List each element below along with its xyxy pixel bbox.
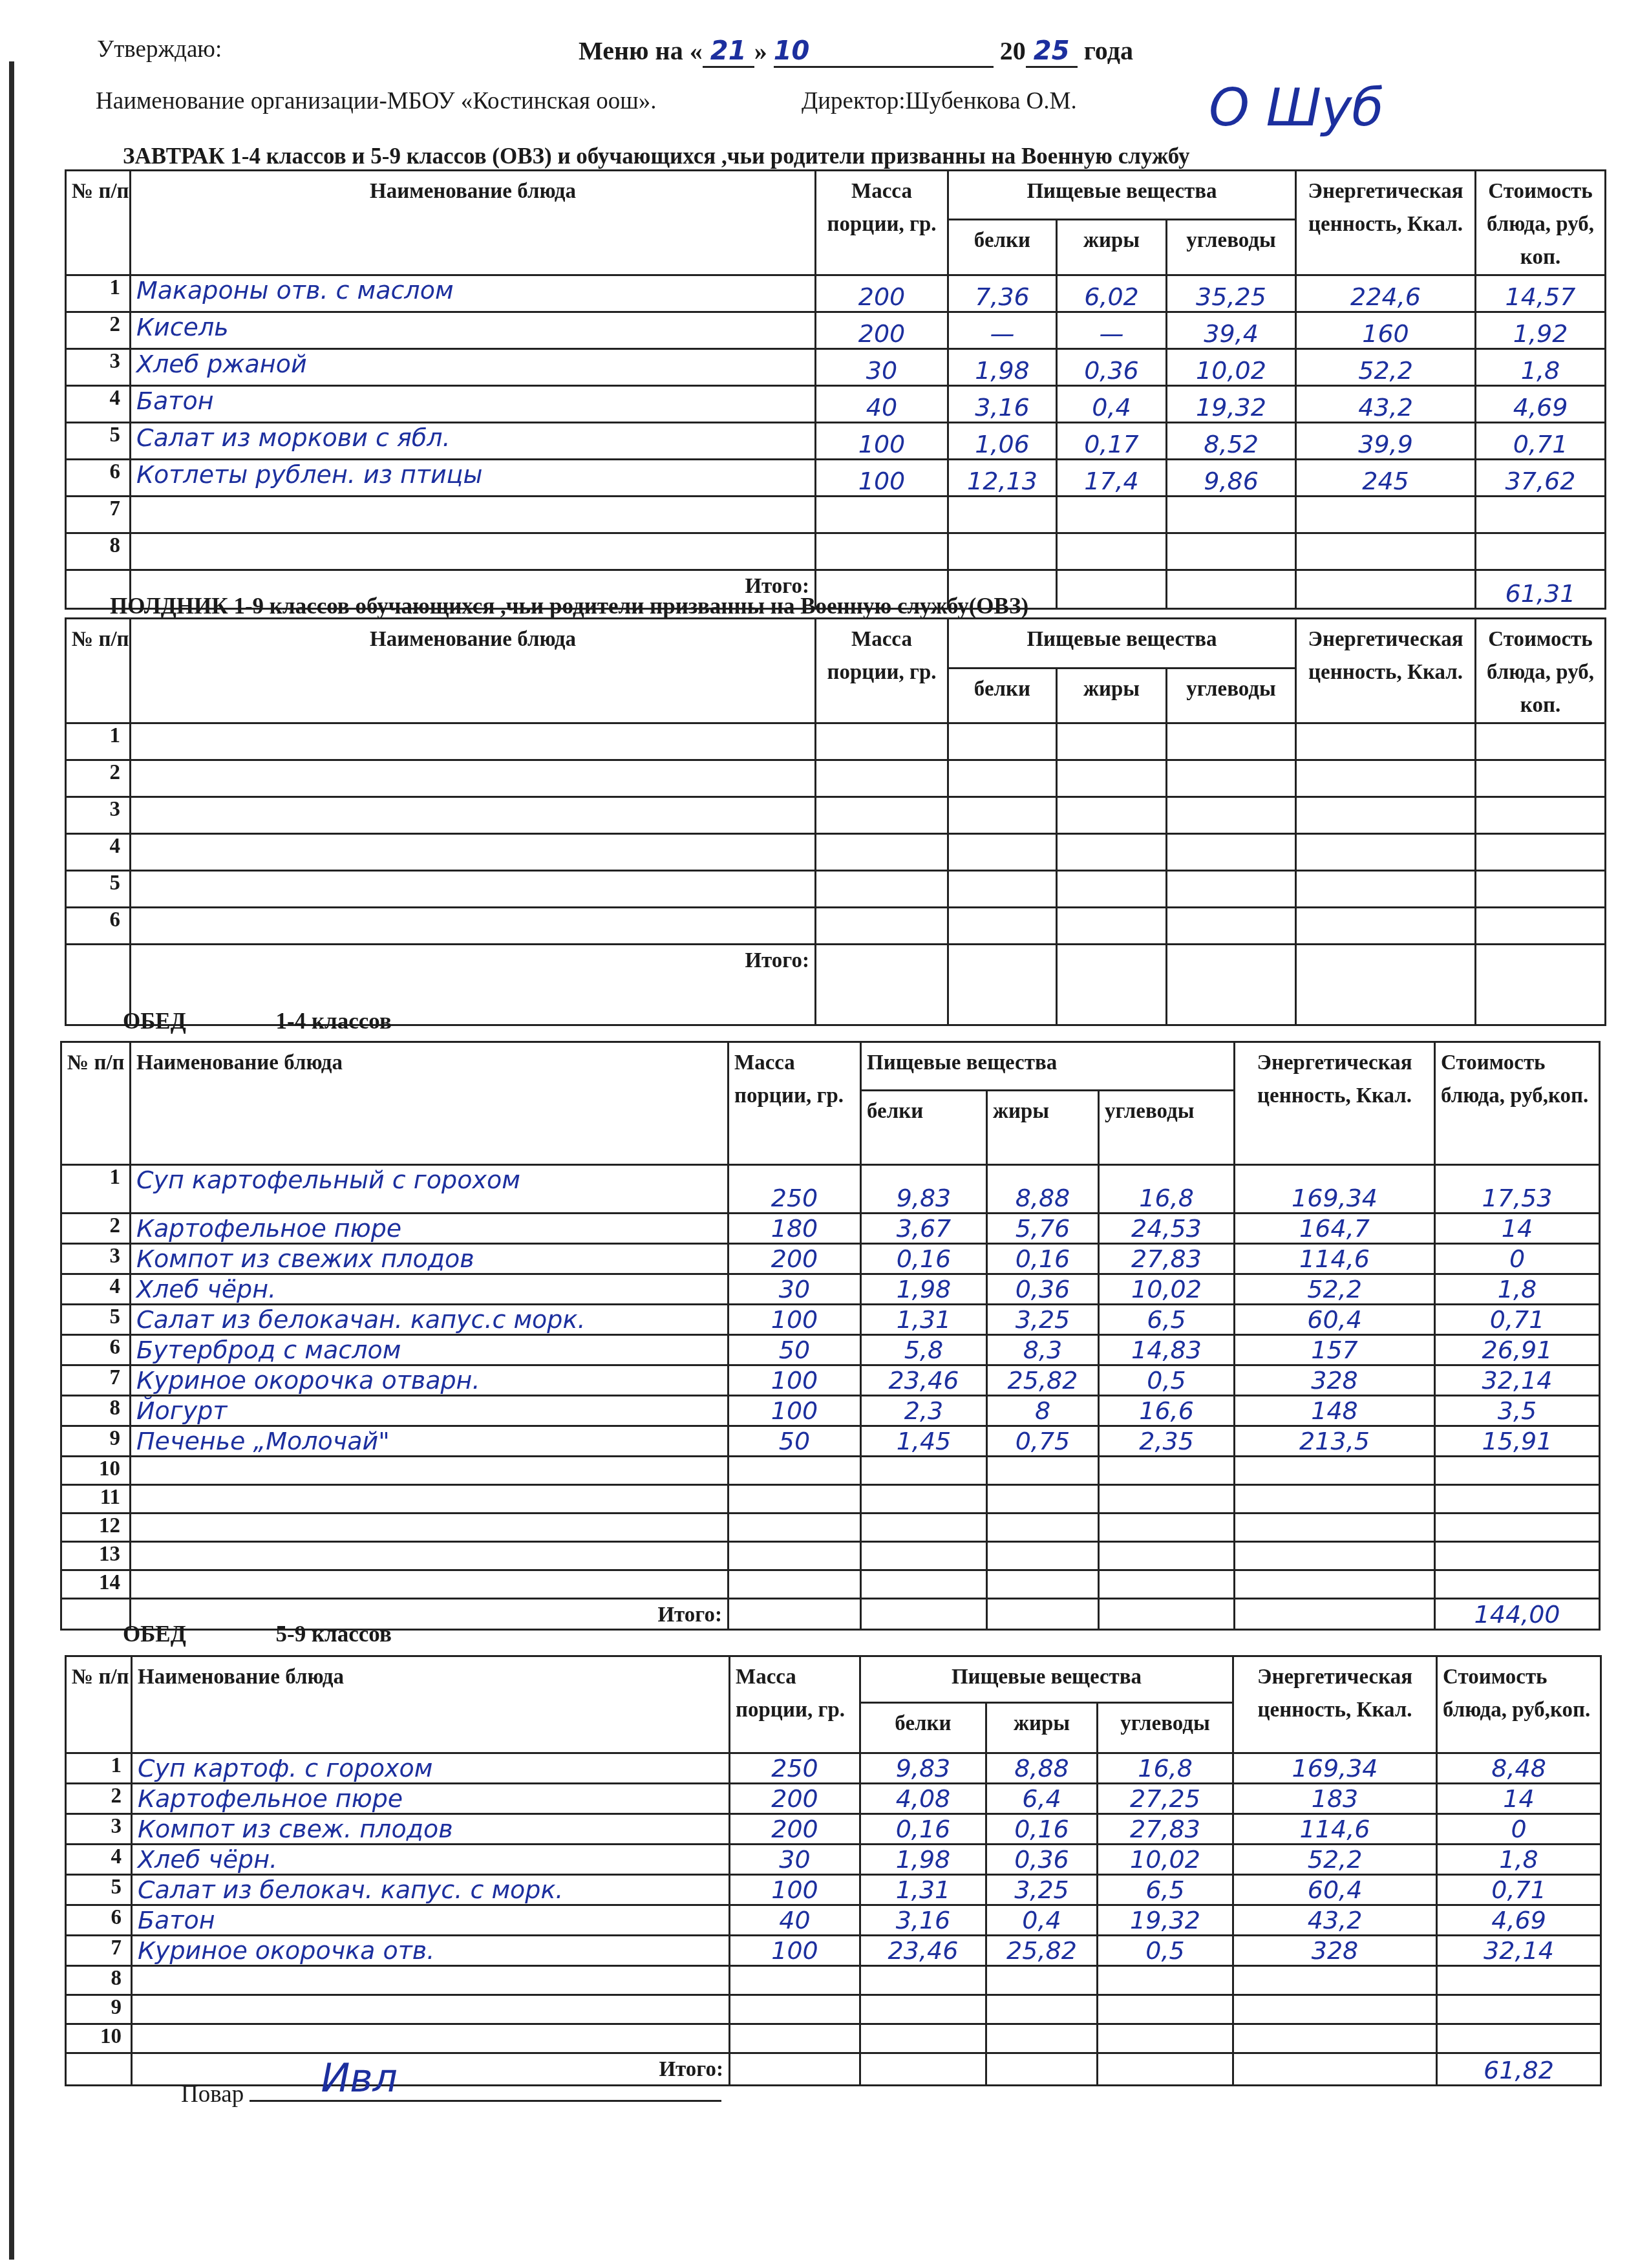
dish-carbs — [1167, 834, 1296, 871]
dish-fat — [1057, 871, 1167, 908]
dish-name: Хлеб ржаной — [131, 349, 816, 386]
lunch-1-4-title-word: ОБЕД — [123, 1009, 186, 1034]
lunch-5-9-table: № п/п Наименование блюда Масса порции, г… — [65, 1655, 1602, 2086]
year-word: года — [1084, 36, 1133, 65]
table-row: 2Картофельное пюре2004,086,427,2518314 — [66, 1784, 1601, 1814]
lunch-5-9-title-classes: 5-9 классов — [276, 1621, 392, 1647]
breakfast-title: ЗАВТРАК 1-4 классов и 5-9 классов (ОВЗ) … — [123, 144, 1190, 169]
dish-fat — [987, 1485, 1099, 1514]
dish-carbs — [1098, 2024, 1233, 2053]
dish-protein — [860, 2024, 986, 2053]
dish-protein: 4,08 — [860, 1784, 986, 1814]
dish-protein — [948, 834, 1057, 871]
col-fat: жиры — [1057, 668, 1167, 723]
dish-mass — [730, 2024, 860, 2053]
row-number: 3 — [66, 349, 131, 386]
col-nutrients: Пищевые вещества — [948, 171, 1296, 220]
row-number: 1 — [66, 1753, 132, 1784]
table-row: 1 — [66, 723, 1606, 760]
dish-fat: 8,88 — [987, 1165, 1099, 1214]
dish-fat: 5,76 — [987, 1214, 1099, 1244]
col-name: Наименование блюда — [131, 619, 816, 723]
dish-energy — [1235, 1542, 1435, 1570]
dish-protein — [948, 871, 1057, 908]
dish-protein: 1,31 — [861, 1305, 987, 1335]
row-number: 2 — [66, 760, 131, 797]
col-carbs: углеводы — [1098, 1703, 1233, 1753]
dish-protein — [948, 908, 1057, 945]
director-signature: О Шуб — [1209, 78, 1384, 138]
row-number: 10 — [61, 1457, 131, 1485]
dish-cost — [1435, 1485, 1600, 1514]
row-number: 14 — [61, 1570, 131, 1599]
lunch-1-4-title-classes: 1-4 классов — [276, 1009, 392, 1034]
dish-mass: 40 — [730, 1905, 860, 1936]
table-row: 2Картофельное пюре1803,675,7624,53164,71… — [61, 1214, 1600, 1244]
col-mass: Масса порции, гр. — [729, 1042, 861, 1165]
dish-protein: 2,3 — [861, 1396, 987, 1426]
dish-mass — [816, 834, 948, 871]
dish-mass — [729, 1542, 861, 1570]
table-row: 1Суп картофельный с горохом2509,838,8816… — [61, 1165, 1600, 1214]
dish-fat — [1057, 760, 1167, 797]
dish-carbs: 16,8 — [1099, 1165, 1235, 1214]
dish-fat: — — [1057, 312, 1167, 349]
table-row: 13 — [61, 1542, 1600, 1570]
dish-fat — [1057, 834, 1167, 871]
dish-cost: 4,69 — [1437, 1905, 1601, 1936]
menu-month: 10 — [774, 36, 994, 68]
menu-prefix: Меню на — [579, 36, 683, 65]
dish-energy — [1296, 533, 1476, 570]
dish-name: Куриное окорочка отв. — [132, 1936, 730, 1966]
dish-carbs: 35,25 — [1167, 275, 1296, 312]
dish-protein — [860, 1966, 986, 1995]
dish-protein: 23,46 — [861, 1365, 987, 1396]
dish-cost: 3,5 — [1435, 1396, 1600, 1426]
dish-fat — [986, 1966, 1098, 1995]
dish-protein — [948, 533, 1057, 570]
col-fat: жиры — [987, 1091, 1099, 1165]
year-prefix: 20 — [1000, 36, 1026, 65]
col-fat: жиры — [986, 1703, 1098, 1753]
dish-cost: 4,69 — [1476, 386, 1606, 423]
dish-mass: 40 — [816, 386, 948, 423]
table-row: 2Кисель200——39,41601,92 — [66, 312, 1606, 349]
table-row: 5Салат из белокачан. капус.с морк.1001,3… — [61, 1305, 1600, 1335]
dish-cost — [1476, 797, 1606, 834]
dish-carbs: 27,25 — [1098, 1784, 1233, 1814]
dish-protein: 23,46 — [860, 1936, 986, 1966]
dish-name: Котлеты рублен. из птицы — [131, 460, 816, 497]
dish-cost: 1,8 — [1437, 1845, 1601, 1875]
table-row: 10 — [61, 1457, 1600, 1485]
dish-cost — [1476, 723, 1606, 760]
dish-cost: 32,14 — [1435, 1365, 1600, 1396]
col-nutrients: Пищевые вещества — [861, 1042, 1235, 1091]
dish-carbs — [1099, 1514, 1235, 1542]
dish-fat: 8 — [987, 1396, 1099, 1426]
dish-energy: 157 — [1235, 1335, 1435, 1365]
table-row: 9Печенье „Молочай"501,450,752,35213,515,… — [61, 1426, 1600, 1457]
row-number: 5 — [66, 1875, 132, 1905]
dish-protein — [948, 497, 1057, 533]
dish-name — [132, 1995, 730, 2024]
dish-carbs: 27,83 — [1099, 1244, 1235, 1274]
cook-signature-line: Ивл — [250, 2075, 721, 2102]
dish-name — [131, 723, 816, 760]
dish-cost: 14 — [1435, 1214, 1600, 1244]
dish-carbs — [1098, 1966, 1233, 1995]
dish-energy: 328 — [1233, 1936, 1437, 1966]
dish-mass — [816, 533, 948, 570]
dish-mass: 30 — [816, 349, 948, 386]
dish-mass — [816, 871, 948, 908]
row-number: 5 — [66, 871, 131, 908]
dish-cost — [1476, 497, 1606, 533]
dish-mass: 100 — [729, 1305, 861, 1335]
dish-name — [132, 2024, 730, 2053]
dish-mass — [729, 1514, 861, 1542]
lunch-5-9-title-word: ОБЕД — [123, 1621, 186, 1647]
lunch-1-4-table: № п/п Наименование блюда Масса порции, г… — [60, 1041, 1601, 1631]
table-row: 1Суп картоф. с горохом2509,838,8816,8169… — [66, 1753, 1601, 1784]
dish-fat: 17,4 — [1057, 460, 1167, 497]
dish-name — [131, 908, 816, 945]
dish-fat — [1057, 533, 1167, 570]
table-row: 6Батон403,160,419,3243,24,69 — [66, 1905, 1601, 1936]
col-mass: Масса порции, гр. — [816, 171, 948, 275]
dish-energy — [1235, 1457, 1435, 1485]
dish-cost — [1435, 1457, 1600, 1485]
dish-carbs: 16,6 — [1099, 1396, 1235, 1426]
row-number: 3 — [61, 1244, 131, 1274]
table-row: 8 — [66, 1966, 1601, 1995]
dish-protein: 12,13 — [948, 460, 1057, 497]
dish-energy — [1296, 797, 1476, 834]
dish-cost: 0 — [1437, 1814, 1601, 1845]
dish-name: Салат из белокач. капус. с морк. — [132, 1875, 730, 1905]
dish-cost — [1476, 908, 1606, 945]
dish-energy — [1296, 908, 1476, 945]
row-number: 2 — [66, 1784, 132, 1814]
dish-mass: 180 — [729, 1214, 861, 1244]
dish-cost — [1437, 1995, 1601, 2024]
dish-name — [131, 871, 816, 908]
row-number: 4 — [66, 386, 131, 423]
dish-name: Компот из свежих плодов — [131, 1244, 729, 1274]
dish-cost — [1437, 2024, 1601, 2053]
table-row: 6 — [66, 908, 1606, 945]
menu-day: 21 — [703, 36, 754, 68]
dish-energy: 52,2 — [1233, 1845, 1437, 1875]
dish-carbs: 24,53 — [1099, 1214, 1235, 1244]
dish-carbs — [1099, 1457, 1235, 1485]
table-row: 14 — [61, 1570, 1600, 1599]
cook-label: Повар Ивл — [181, 2075, 721, 2108]
row-number: 1 — [61, 1165, 131, 1214]
dish-cost: 14 — [1437, 1784, 1601, 1814]
dish-carbs — [1167, 533, 1296, 570]
dish-mass: 30 — [729, 1274, 861, 1305]
dish-name — [131, 1542, 729, 1570]
dish-protein: 7,36 — [948, 275, 1057, 312]
dish-name: Картофельное пюре — [131, 1214, 729, 1244]
dish-energy: 160 — [1296, 312, 1476, 349]
dish-fat: 6,4 — [986, 1784, 1098, 1814]
row-number: 6 — [66, 908, 131, 945]
organization-name: Наименование организации-МБОУ «Костинска… — [96, 87, 656, 115]
row-number: 1 — [66, 275, 131, 312]
row-number: 7 — [66, 1936, 132, 1966]
dish-name: Печенье „Молочай" — [131, 1426, 729, 1457]
dish-cost: 0 — [1435, 1244, 1600, 1274]
dish-mass — [816, 760, 948, 797]
dish-protein: 3,16 — [948, 386, 1057, 423]
row-number: 6 — [66, 1905, 132, 1936]
row-number: 8 — [61, 1396, 131, 1426]
table-row: 4Батон403,160,419,3243,24,69 — [66, 386, 1606, 423]
dish-energy — [1233, 2024, 1437, 2053]
dish-energy — [1296, 760, 1476, 797]
dish-protein — [948, 797, 1057, 834]
dish-energy: 169,34 — [1233, 1753, 1437, 1784]
col-name: Наименование блюда — [132, 1656, 730, 1753]
row-number: 1 — [66, 723, 131, 760]
col-protein: белки — [948, 668, 1057, 723]
dish-carbs: 10,02 — [1167, 349, 1296, 386]
dish-mass — [730, 1995, 860, 2024]
dish-energy — [1233, 1966, 1437, 1995]
lunch-5-9-title: ОБЕД 5-9 классов — [123, 1621, 392, 1647]
dish-carbs: 9,86 — [1167, 460, 1296, 497]
table-row: 9 — [66, 1995, 1601, 2024]
col-cost: Стоимость блюда, руб,коп. — [1435, 1042, 1600, 1165]
dish-carbs — [1099, 1485, 1235, 1514]
col-mass: Масса порции, гр. — [730, 1656, 860, 1753]
dish-fat — [1057, 497, 1167, 533]
dish-protein — [860, 1995, 986, 2024]
dish-protein: 1,98 — [861, 1274, 987, 1305]
dish-name: Бутерброд с маслом — [131, 1335, 729, 1365]
col-name: Наименование блюда — [131, 171, 816, 275]
director-name: Директор:Шубенкова О.М. — [802, 87, 1077, 115]
row-number: 3 — [66, 797, 131, 834]
table-row: 7Куриное окорочка отв.10023,4625,820,532… — [66, 1936, 1601, 1966]
dish-mass — [729, 1570, 861, 1599]
dish-cost — [1435, 1570, 1600, 1599]
dish-name: Салат из моркови с ябл. — [131, 423, 816, 460]
lunch-1-4-title: ОБЕД 1-4 классов — [123, 1009, 392, 1034]
row-number: 7 — [61, 1365, 131, 1396]
dish-fat: 0,4 — [986, 1905, 1098, 1936]
dish-protein — [861, 1514, 987, 1542]
breakfast-table: № п/п Наименование блюда Масса порции, г… — [65, 169, 1606, 610]
dish-name — [131, 760, 816, 797]
dish-carbs: 19,32 — [1098, 1905, 1233, 1936]
dish-cost — [1435, 1514, 1600, 1542]
col-cost: Стоимость блюда, руб,коп. — [1437, 1656, 1601, 1753]
col-nutrients: Пищевые вещества — [860, 1656, 1233, 1703]
dish-fat: 3,25 — [986, 1875, 1098, 1905]
col-number: № п/п — [66, 1656, 132, 1753]
dish-fat — [987, 1542, 1099, 1570]
dish-mass — [729, 1485, 861, 1514]
dish-name: Куриное окорочка отварн. — [131, 1365, 729, 1396]
dish-mass: 50 — [729, 1426, 861, 1457]
dish-name — [131, 1457, 729, 1485]
dish-fat — [987, 1570, 1099, 1599]
dish-fat: 0,16 — [987, 1244, 1099, 1274]
dish-mass — [816, 797, 948, 834]
dish-energy: 60,4 — [1235, 1305, 1435, 1335]
dish-protein — [861, 1542, 987, 1570]
dish-name: Суп картоф. с горохом — [132, 1753, 730, 1784]
col-number: № п/п — [66, 619, 131, 723]
dish-energy: 43,2 — [1233, 1905, 1437, 1936]
dish-cost — [1476, 533, 1606, 570]
dish-mass: 100 — [729, 1396, 861, 1426]
dish-energy — [1296, 834, 1476, 871]
dish-carbs: 14,83 — [1099, 1335, 1235, 1365]
dish-energy — [1235, 1570, 1435, 1599]
dish-protein: 9,83 — [861, 1165, 987, 1214]
col-mass: Масса порции, гр. — [816, 619, 948, 723]
menu-year: 25 — [1026, 36, 1078, 68]
dish-fat: 3,25 — [987, 1305, 1099, 1335]
row-number: 2 — [66, 312, 131, 349]
total-cost: 61,31 — [1476, 570, 1606, 609]
dish-cost: 15,91 — [1435, 1426, 1600, 1457]
dish-name: Картофельное пюре — [132, 1784, 730, 1814]
dish-cost: 1,92 — [1476, 312, 1606, 349]
dish-name — [131, 1485, 729, 1514]
dish-mass: 100 — [729, 1365, 861, 1396]
scan-edge — [9, 61, 14, 2260]
row-number: 12 — [61, 1514, 131, 1542]
table-row: 5Салат из моркови с ябл.1001,060,178,523… — [66, 423, 1606, 460]
row-number: 5 — [61, 1305, 131, 1335]
dish-energy: 328 — [1235, 1365, 1435, 1396]
row-number: 7 — [66, 497, 131, 533]
dish-cost — [1476, 871, 1606, 908]
dish-mass — [816, 497, 948, 533]
dish-energy: 52,2 — [1296, 349, 1476, 386]
dish-mass: 200 — [730, 1784, 860, 1814]
total-cost: 61,82 — [1437, 2053, 1601, 2086]
dish-cost: 32,14 — [1437, 1936, 1601, 1966]
col-carbs: углеводы — [1167, 668, 1296, 723]
dish-protein: 3,67 — [861, 1214, 987, 1244]
dish-carbs: 6,5 — [1099, 1305, 1235, 1335]
dish-carbs — [1167, 797, 1296, 834]
dish-carbs — [1098, 1995, 1233, 2024]
dish-energy: 164,7 — [1235, 1214, 1435, 1244]
dish-carbs — [1167, 908, 1296, 945]
dish-protein: 1,98 — [860, 1845, 986, 1875]
dish-carbs — [1167, 723, 1296, 760]
dish-fat — [987, 1457, 1099, 1485]
dish-energy: 114,6 — [1233, 1814, 1437, 1845]
dish-name — [131, 1570, 729, 1599]
dish-carbs: 0,5 — [1099, 1365, 1235, 1396]
dish-fat: 25,82 — [987, 1365, 1099, 1396]
dish-energy: 148 — [1235, 1396, 1435, 1426]
dish-name — [131, 533, 816, 570]
col-energy: Энергетическая ценность, Ккал. — [1233, 1656, 1437, 1753]
table-row: 3 — [66, 797, 1606, 834]
dish-cost — [1435, 1542, 1600, 1570]
dish-fat: 0,36 — [1057, 349, 1167, 386]
dish-mass: 200 — [730, 1814, 860, 1845]
dish-fat: 0,75 — [987, 1426, 1099, 1457]
dish-name: Макароны отв. с маслом — [131, 275, 816, 312]
dish-cost: 0,71 — [1476, 423, 1606, 460]
row-number: 13 — [61, 1542, 131, 1570]
dish-fat: 8,3 — [987, 1335, 1099, 1365]
dish-name: Компот из свеж. плодов — [132, 1814, 730, 1845]
dish-energy — [1235, 1514, 1435, 1542]
dish-carbs — [1167, 497, 1296, 533]
table-row: 6Котлеты рублен. из птицы10012,1317,49,8… — [66, 460, 1606, 497]
dish-fat — [986, 1995, 1098, 2024]
row-number: 2 — [61, 1214, 131, 1244]
dish-mass: 100 — [816, 460, 948, 497]
dish-fat: 0,36 — [987, 1274, 1099, 1305]
col-energy: Энергетическая ценность, Ккал. — [1296, 171, 1476, 275]
dish-carbs — [1167, 871, 1296, 908]
table-row: 4Хлеб чёрн.301,980,3610,0252,21,8 — [66, 1845, 1601, 1875]
row-number: 5 — [66, 423, 131, 460]
dish-cost — [1476, 834, 1606, 871]
col-carbs: углеводы — [1167, 219, 1296, 275]
dish-fat — [987, 1514, 1099, 1542]
table-row: 11 — [61, 1485, 1600, 1514]
table-row: 7Куриное окорочка отварн.10023,4625,820,… — [61, 1365, 1600, 1396]
total-cost — [1476, 945, 1606, 1025]
dish-energy: 60,4 — [1233, 1875, 1437, 1905]
table-row: 10 — [66, 2024, 1601, 2053]
dish-mass: 30 — [730, 1845, 860, 1875]
dish-protein: 0,16 — [861, 1244, 987, 1274]
col-number: № п/п — [61, 1042, 131, 1165]
dish-cost: 17,53 — [1435, 1165, 1600, 1214]
row-number: 6 — [61, 1335, 131, 1365]
dish-energy — [1296, 497, 1476, 533]
row-number: 8 — [66, 1966, 132, 1995]
row-number: 4 — [66, 834, 131, 871]
row-number: 4 — [61, 1274, 131, 1305]
dish-energy: 114,6 — [1235, 1244, 1435, 1274]
dish-fat: 25,82 — [986, 1936, 1098, 1966]
table-row: 8Йогурт1002,3816,61483,5 — [61, 1396, 1600, 1426]
snack-table: № п/п Наименование блюда Масса порции, г… — [65, 617, 1606, 1026]
col-protein: белки — [860, 1703, 986, 1753]
dish-cost: 26,91 — [1435, 1335, 1600, 1365]
row-number: 10 — [66, 2024, 132, 2053]
dish-protein — [861, 1485, 987, 1514]
col-name: Наименование блюда — [131, 1042, 729, 1165]
table-row: 4 — [66, 834, 1606, 871]
row-number: 4 — [66, 1845, 132, 1875]
dish-cost: 8,48 — [1437, 1753, 1601, 1784]
dish-energy: 39,9 — [1296, 423, 1476, 460]
row-number: 11 — [61, 1485, 131, 1514]
dish-name: Хлеб чёрн. — [132, 1845, 730, 1875]
col-fat: жиры — [1057, 219, 1167, 275]
dish-name — [131, 497, 816, 533]
dish-protein: 1,31 — [860, 1875, 986, 1905]
